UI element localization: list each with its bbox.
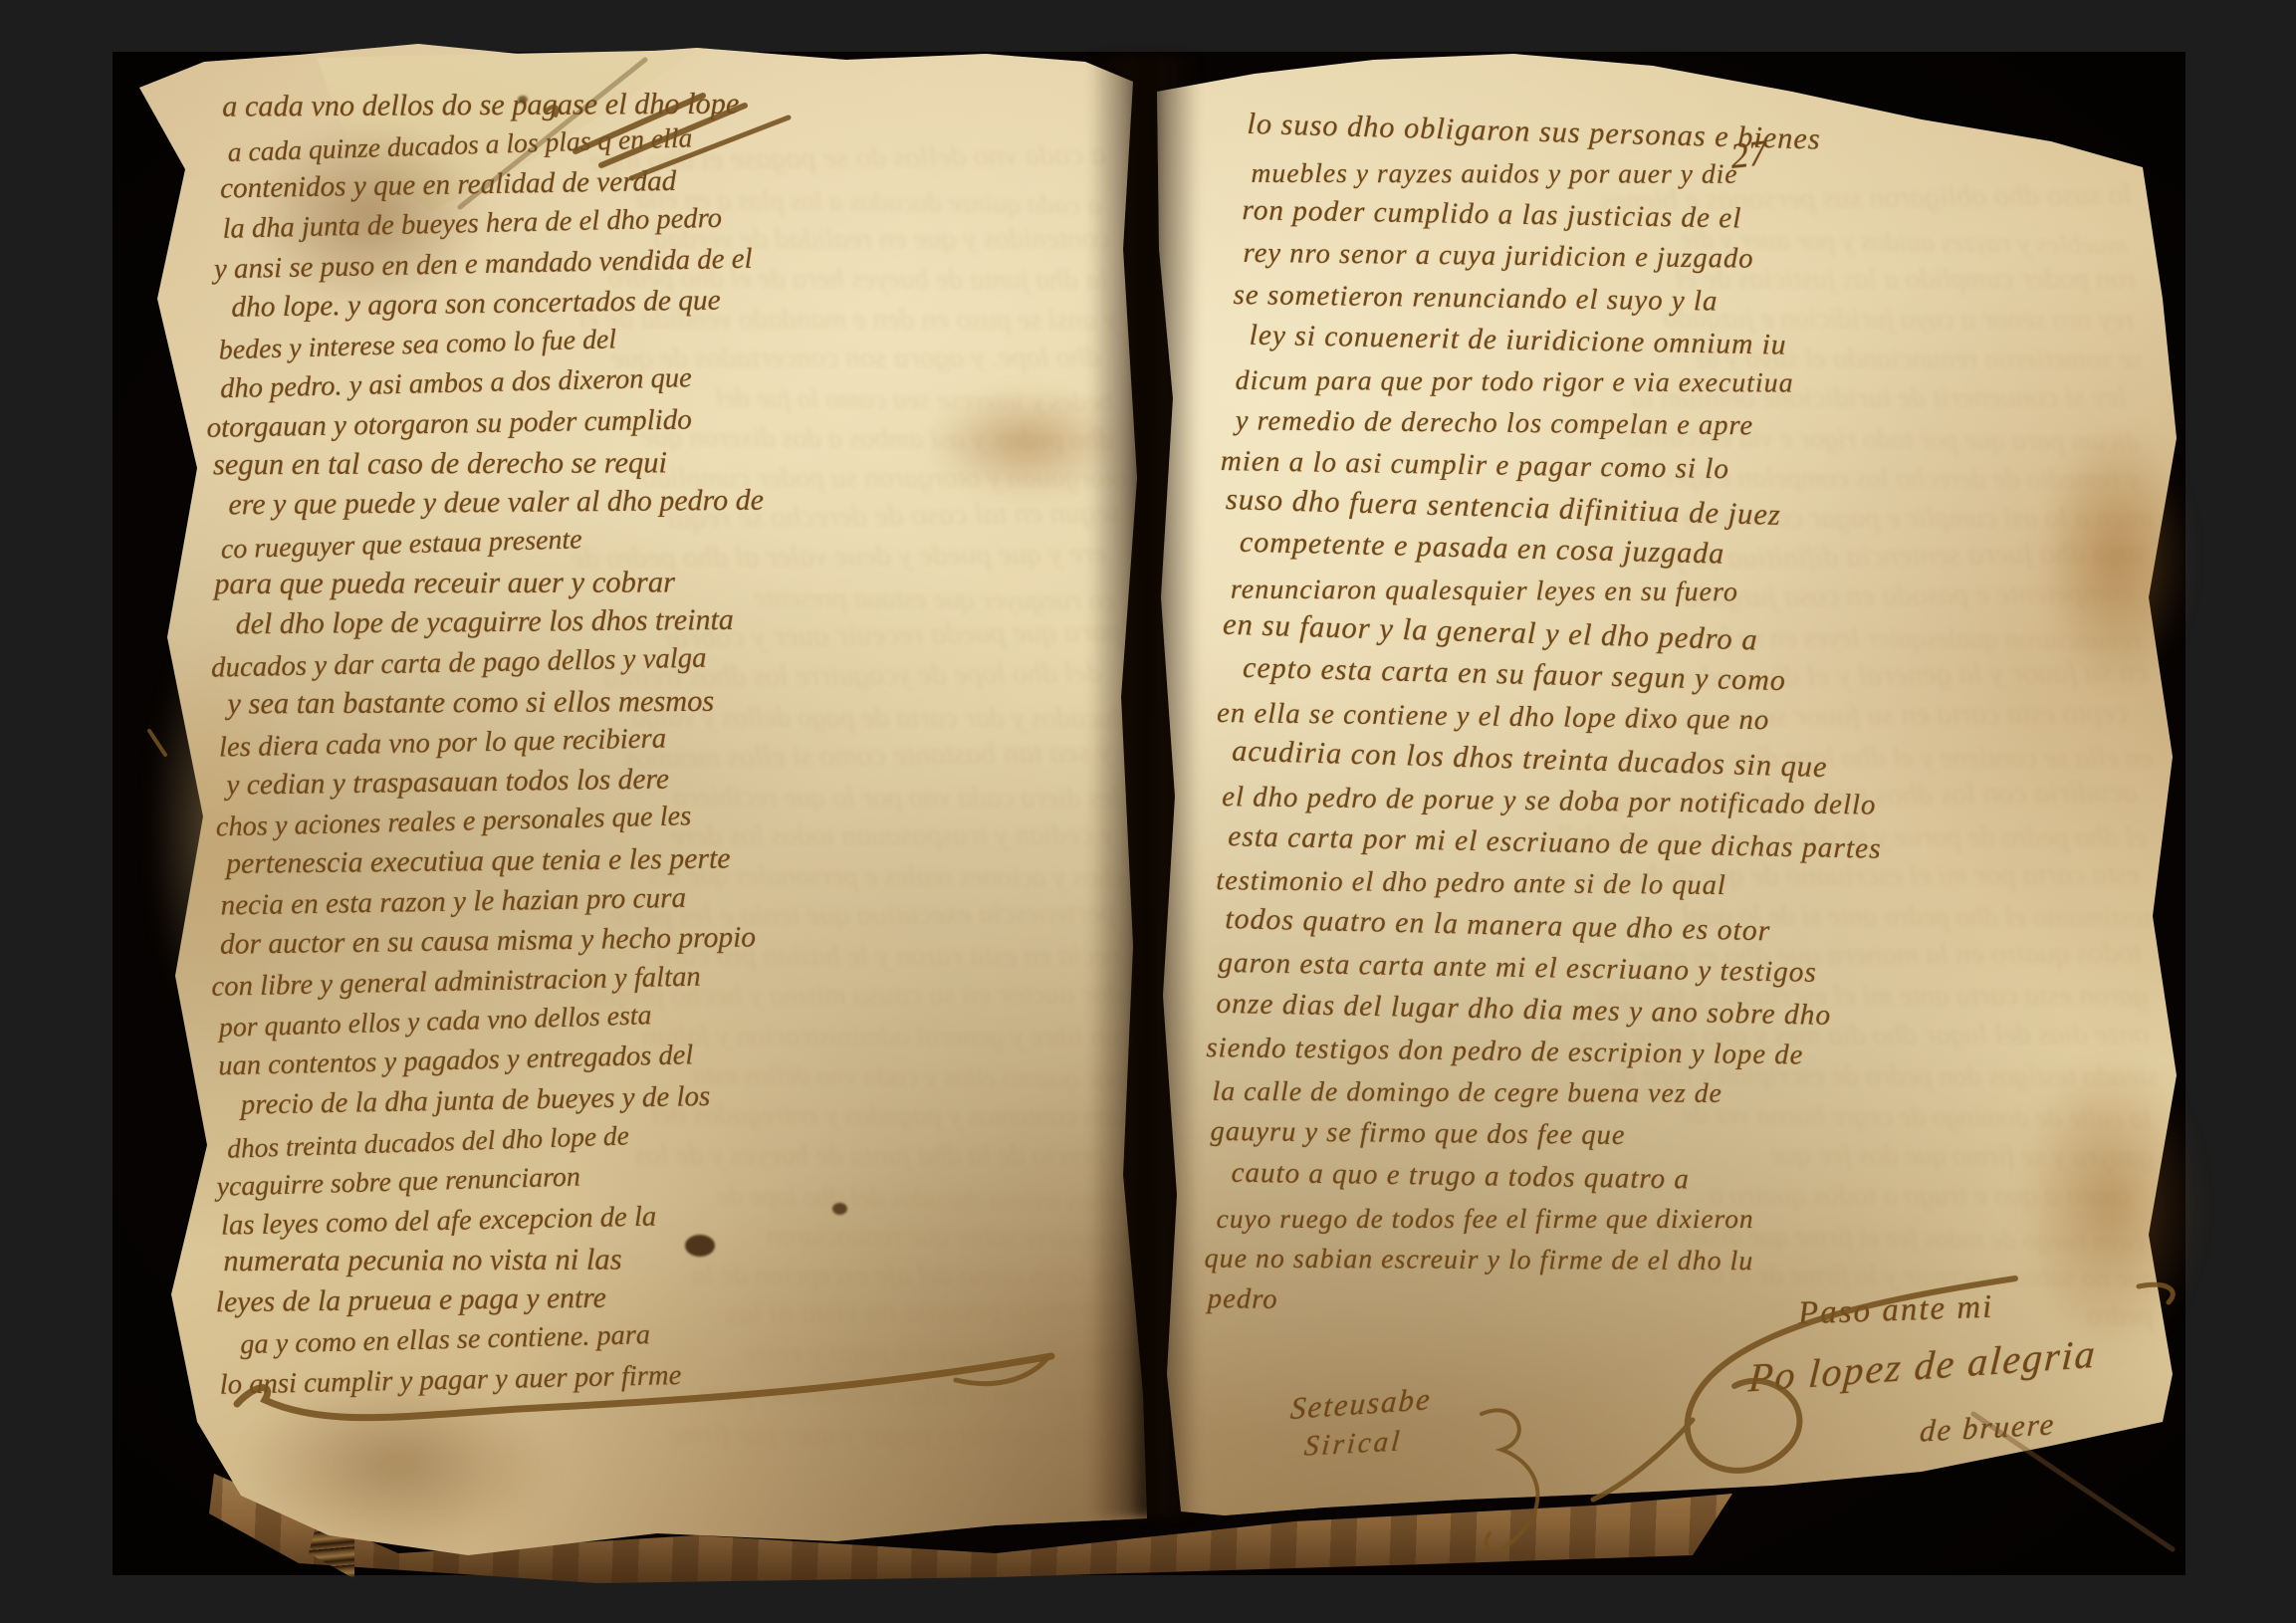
- manuscript-line: dicum para que por todo rigor e via exec…: [1236, 360, 1890, 405]
- manuscript-line: otorgauan y otorgaron su poder cumplido: [206, 399, 745, 448]
- manuscript-line: cauto a quo e trugo a todos quatro a: [1231, 1152, 1886, 1204]
- manuscript-line: muebles y rayzes auidos y por auer y die: [1251, 152, 1905, 195]
- witness-signature-line2: Sirical: [1303, 1425, 1404, 1463]
- ink-blot: [832, 1203, 847, 1215]
- manuscript-line: cuyo ruego de todos fee el firme que dix…: [1217, 1198, 1871, 1240]
- manuscript-line: la calle de domingo de cegre buena vez d…: [1212, 1071, 1866, 1116]
- manuscript-line: ducados y dar carta de pago dellos y val…: [211, 637, 750, 688]
- manuscript-line: para que pueda receuir auer y cobrar: [214, 562, 753, 603]
- manuscript-line: numerata pecunia no vista ni las: [223, 1239, 762, 1280]
- manuscript-line: siendo testigos don pedro de escripion y…: [1206, 1027, 1861, 1076]
- left-page-text: a cada vno dellos do se pagase el dho lo…: [207, 82, 760, 1402]
- folio-number: 27: [1728, 131, 1768, 177]
- right-page-text: lo suso dho obligaron sus personas e bie…: [1205, 104, 1887, 1331]
- manuscript-line: lo ansi cumplir y pagar y auer por firme: [234, 1412, 1130, 1455]
- attestation-paso-ante-mi: Paso ante mi: [1797, 1289, 1993, 1333]
- manuscript-line: segun en tal caso de derecho se requi: [213, 442, 752, 484]
- gutter-shadow: [1089, 56, 1199, 1517]
- manuscript-line: que no sabian escreuir y lo firme de el …: [1205, 1239, 1859, 1283]
- manuscript-photo: a cada vno dellos do se pagase el dho lo…: [0, 0, 2296, 1623]
- manuscript-line: pedro: [1208, 1277, 1863, 1327]
- notary-signature-line2: de bruere: [1919, 1406, 2056, 1449]
